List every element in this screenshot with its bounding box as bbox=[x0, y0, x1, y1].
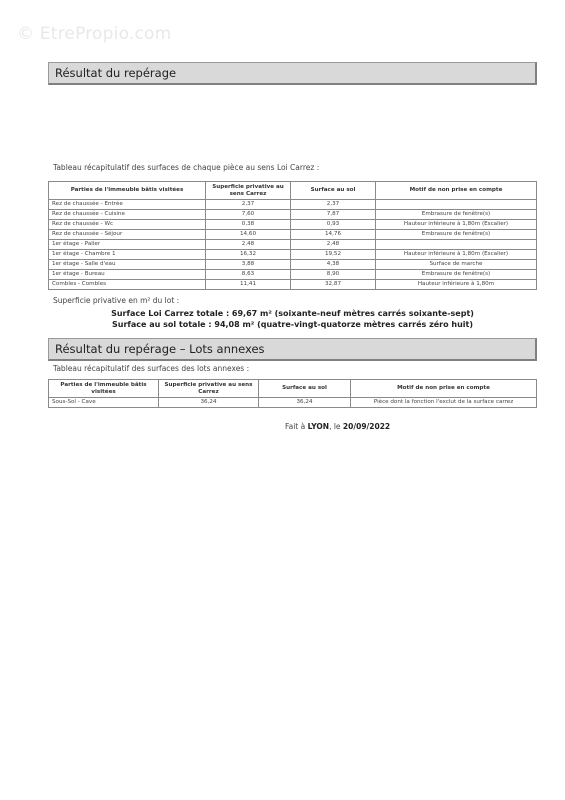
table-row: Rez de chaussée - Wc0,380,93Hauteur infé… bbox=[49, 220, 537, 230]
cell-sol: 14,76 bbox=[291, 230, 376, 240]
table-caption-carrez: Tableau récapitulatif des surfaces de ch… bbox=[53, 163, 319, 172]
cell-part: Combles - Combles bbox=[49, 280, 206, 290]
cell-sol: 19,52 bbox=[291, 250, 376, 260]
total-carrez: Surface Loi Carrez totale : 69,67 m² (so… bbox=[48, 309, 537, 320]
column-header-motif: Motif de non prise en compte bbox=[351, 380, 537, 398]
cell-motif: Pièce dont la fonction l'exclut de la su… bbox=[351, 398, 537, 408]
column-header-carrez: Superficie privative au sens Carrez bbox=[159, 380, 259, 398]
cell-carrez: 11,41 bbox=[206, 280, 291, 290]
cell-sol: 8,90 bbox=[291, 270, 376, 280]
column-header-sol: Surface au sol bbox=[291, 182, 376, 200]
cell-motif: Hauteur inférieure à 1,80m (Escalier) bbox=[376, 250, 537, 260]
watermark: © EtrePropio.com bbox=[17, 24, 171, 44]
cell-carrez: 14,60 bbox=[206, 230, 291, 240]
column-header-carrez: Superficie privative au sens Carrez bbox=[206, 182, 291, 200]
table-header-row: Parties de l'immeuble bâtis visitées Sup… bbox=[49, 380, 537, 398]
table-header-row: Parties de l'immeuble bâtis visitées Sup… bbox=[49, 182, 537, 200]
cell-carrez: 0,38 bbox=[206, 220, 291, 230]
cell-part: 1er étage - Palier bbox=[49, 240, 206, 250]
table-row: Rez de chaussée - Entrée2,372,37 bbox=[49, 200, 537, 210]
cell-motif bbox=[376, 200, 537, 210]
cell-sol: 2,37 bbox=[291, 200, 376, 210]
carrez-surfaces-table: Parties de l'immeuble bâtis visitées Sup… bbox=[48, 181, 537, 290]
signature-middle: , le bbox=[329, 422, 343, 431]
table-row: 1er étage - Palier2,482,48 bbox=[49, 240, 537, 250]
cell-part: Rez de chaussée - Séjour bbox=[49, 230, 206, 240]
section-header-annexes: Résultat du repérage – Lots annexes bbox=[48, 338, 537, 361]
cell-motif: Hauteur inférieure à 1,80m bbox=[376, 280, 537, 290]
column-header-motif: Motif de non prise en compte bbox=[376, 182, 537, 200]
surface-totals: Surface Loi Carrez totale : 69,67 m² (so… bbox=[48, 309, 537, 330]
cell-motif: Embrasure de fenêtre(s) bbox=[376, 270, 537, 280]
cell-carrez: 2,37 bbox=[206, 200, 291, 210]
table-row: Rez de chaussée - Cuisine7,607,87Embrasu… bbox=[49, 210, 537, 220]
table-row: Rez de chaussée - Séjour14,6014,76Embras… bbox=[49, 230, 537, 240]
table-caption-annexes: Tableau récapitulatif des surfaces des l… bbox=[53, 364, 249, 373]
column-header-sol: Surface au sol bbox=[259, 380, 351, 398]
cell-part: 1er étage - Salle d'eau bbox=[49, 260, 206, 270]
table-row: Sous-Sol - Cave36,2436,24Pièce dont la f… bbox=[49, 398, 537, 408]
cell-sol: 7,87 bbox=[291, 210, 376, 220]
cell-carrez: 2,48 bbox=[206, 240, 291, 250]
cell-part: Sous-Sol - Cave bbox=[49, 398, 159, 408]
signature-date: 20/09/2022 bbox=[343, 422, 390, 431]
cell-part: 1er étage - Bureau bbox=[49, 270, 206, 280]
cell-carrez: 7,60 bbox=[206, 210, 291, 220]
table-row: 1er étage - Salle d'eau3,884,38Surface d… bbox=[49, 260, 537, 270]
cell-part: Rez de chaussée - Cuisine bbox=[49, 210, 206, 220]
signature-prefix: Fait à bbox=[285, 422, 308, 431]
cell-carrez: 36,24 bbox=[159, 398, 259, 408]
column-header-part: Parties de l'immeuble bâtis visitées bbox=[49, 380, 159, 398]
section-header-results: Résultat du repérage bbox=[48, 62, 537, 85]
total-sol: Surface au sol totale : 94,08 m² (quatre… bbox=[48, 320, 537, 331]
table-row: 1er étage - Chambre 116,3219,52Hauteur i… bbox=[49, 250, 537, 260]
cell-motif: Embrasure de fenêtre(s) bbox=[376, 230, 537, 240]
cell-part: 1er étage - Chambre 1 bbox=[49, 250, 206, 260]
cell-motif: Surface de marche bbox=[376, 260, 537, 270]
cell-sol: 36,24 bbox=[259, 398, 351, 408]
cell-motif bbox=[376, 240, 537, 250]
annex-surfaces-table: Parties de l'immeuble bâtis visitées Sup… bbox=[48, 379, 537, 408]
cell-part: Rez de chaussée - Wc bbox=[49, 220, 206, 230]
cell-carrez: 3,88 bbox=[206, 260, 291, 270]
table-row: Combles - Combles11,4132,87Hauteur infér… bbox=[49, 280, 537, 290]
cell-sol: 32,87 bbox=[291, 280, 376, 290]
table-row: 1er étage - Bureau8,638,90Embrasure de f… bbox=[49, 270, 537, 280]
cell-part: Rez de chaussée - Entrée bbox=[49, 200, 206, 210]
cell-sol: 4,38 bbox=[291, 260, 376, 270]
cell-motif: Hauteur inférieure à 1,80m (Escalier) bbox=[376, 220, 537, 230]
cell-motif: Embrasure de fenêtre(s) bbox=[376, 210, 537, 220]
column-header-part: Parties de l'immeuble bâtis visitées bbox=[49, 182, 206, 200]
cell-carrez: 16,32 bbox=[206, 250, 291, 260]
signature-line: Fait à LYON, le 20/09/2022 bbox=[285, 422, 390, 431]
signature-city: LYON bbox=[308, 422, 329, 431]
cell-carrez: 8,63 bbox=[206, 270, 291, 280]
lot-surface-label: Superficie privative en m² du lot : bbox=[53, 296, 179, 305]
cell-sol: 0,93 bbox=[291, 220, 376, 230]
cell-sol: 2,48 bbox=[291, 240, 376, 250]
